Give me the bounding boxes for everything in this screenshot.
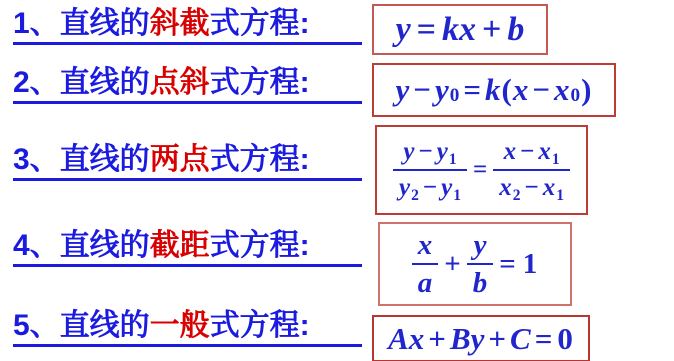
fraction-denominator: y2−y1: [393, 169, 467, 202]
formula-intercept: x a + y b = 1: [378, 222, 572, 306]
subscript: 0: [450, 85, 460, 107]
slide-canvas: 1、直线的斜截式方程: 2、直线的点斜式方程: 3、直线的两点式方程: 4、直线…: [0, 0, 674, 361]
open-paren: (: [502, 72, 512, 108]
label-number: 5、: [13, 309, 60, 342]
label-suffix: 式方程:: [210, 143, 310, 176]
minus-sign: −: [532, 72, 550, 108]
minus-sign: −: [423, 174, 437, 201]
formula-term: y: [396, 72, 410, 108]
label-number: 1、: [13, 7, 60, 40]
formula-term: By: [450, 321, 484, 357]
label-highlight: 斜截: [150, 7, 210, 40]
close-paren: ): [581, 72, 591, 108]
label-highlight: 截距: [150, 229, 210, 262]
formula-term: C: [510, 321, 531, 357]
formula-term: x: [504, 138, 517, 165]
minus-sign: −: [413, 72, 431, 108]
fraction-numerator: x−x1: [493, 138, 570, 169]
formula-term: x: [513, 72, 529, 108]
formula-term: y: [399, 174, 410, 201]
formula-point-slope: y − y 0 = k ( x − x 0 ): [372, 63, 616, 117]
label-number: 4、: [13, 229, 60, 262]
fraction-denominator: a: [412, 263, 439, 299]
label-number: 2、: [13, 66, 60, 99]
equals-sign: =: [499, 248, 516, 281]
equals-sign: =: [535, 321, 553, 357]
formula-term: 0: [557, 321, 573, 357]
subscript: 1: [449, 151, 457, 168]
plus-sign: +: [482, 11, 501, 49]
label-prefix: 直线的: [60, 143, 150, 176]
label-highlight: 点斜: [150, 66, 210, 99]
label-point-slope: 2、直线的点斜式方程:: [13, 67, 362, 104]
formula-term: 1: [523, 248, 538, 281]
label-suffix: 式方程:: [210, 66, 310, 99]
subscript: 2: [513, 187, 521, 204]
label-suffix: 式方程:: [210, 229, 310, 262]
fraction-right: x−x1 x2−x1: [493, 138, 570, 202]
subscript: 1: [556, 187, 564, 204]
subscript: 1: [552, 151, 560, 168]
formula-term: y: [441, 174, 452, 201]
formula-term: Ax: [388, 321, 424, 357]
label-general-form: 5、直线的一般式方程:: [13, 310, 362, 347]
formula-two-point: y−y1 y2−y1 = x−x1 x2−x1: [375, 125, 588, 215]
formula-term: x: [538, 138, 551, 165]
formula-term: k: [485, 72, 501, 108]
formula-term: x: [554, 72, 570, 108]
label-prefix: 直线的: [60, 229, 150, 262]
minus-sign: −: [520, 138, 534, 165]
formula-term: x: [499, 174, 512, 201]
subscript: 0: [571, 85, 581, 107]
equals-sign: =: [473, 156, 487, 184]
formula-term: y: [396, 11, 411, 49]
formula-term: x: [543, 174, 556, 201]
minus-sign: −: [524, 174, 538, 201]
equals-sign: =: [463, 72, 481, 108]
formula-term: y: [437, 138, 448, 165]
label-prefix: 直线的: [60, 7, 150, 40]
label-two-point: 3、直线的两点式方程:: [13, 144, 362, 181]
minus-sign: −: [419, 138, 433, 165]
formula-term: kx: [442, 11, 476, 49]
subscript: 1: [453, 187, 461, 204]
formula-term: y: [435, 72, 449, 108]
label-prefix: 直线的: [60, 66, 150, 99]
label-number: 3、: [13, 143, 60, 176]
fraction-denominator: x2−x1: [493, 169, 570, 202]
label-suffix: 式方程:: [210, 7, 310, 40]
fraction-numerator: y: [467, 229, 494, 263]
formula-general-form: Ax + By + C = 0: [372, 315, 590, 361]
fraction-numerator: x: [412, 229, 439, 263]
label-highlight: 一般: [150, 309, 210, 342]
equals-sign: =: [417, 11, 436, 49]
fraction-numerator: y−y1: [393, 138, 467, 169]
formula-slope-intercept: y = kx + b: [372, 4, 548, 55]
formula-term: b: [507, 11, 524, 49]
fraction-left: y−y1 y2−y1: [393, 138, 467, 202]
fraction-left: x a: [412, 229, 439, 300]
fraction-denominator: b: [467, 263, 494, 299]
label-intercept: 4、直线的截距式方程:: [13, 230, 362, 267]
plus-sign: +: [488, 321, 506, 357]
plus-sign: +: [444, 248, 461, 281]
label-prefix: 直线的: [60, 309, 150, 342]
label-highlight: 两点: [150, 143, 210, 176]
label-slope-intercept: 1、直线的斜截式方程:: [13, 8, 362, 45]
fraction-right: y b: [467, 229, 494, 300]
label-suffix: 式方程:: [210, 309, 310, 342]
plus-sign: +: [428, 321, 446, 357]
subscript: 2: [411, 187, 419, 204]
formula-term: y: [403, 138, 414, 165]
